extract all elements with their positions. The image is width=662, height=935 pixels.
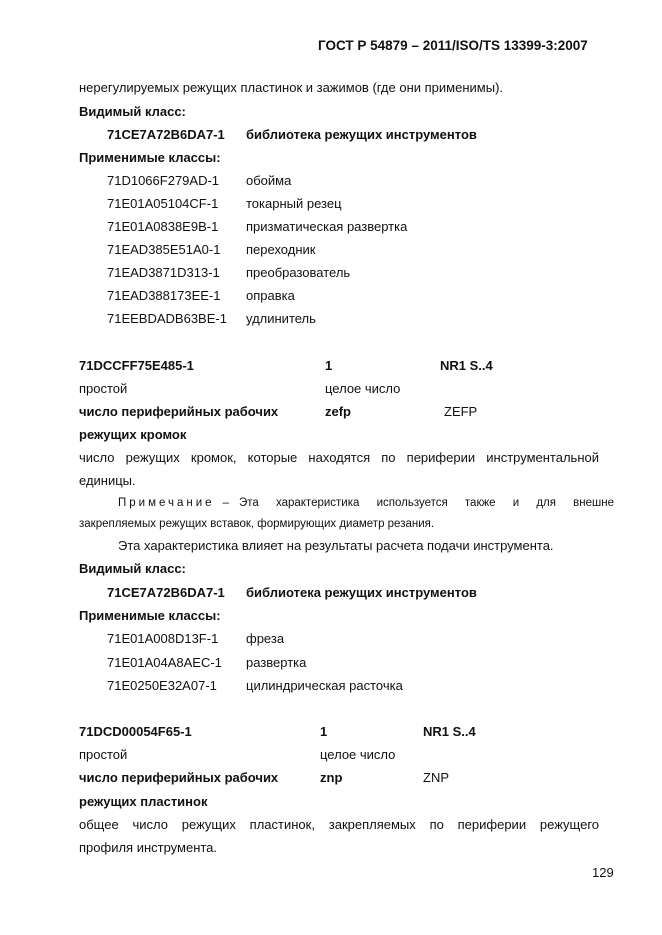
- note-line1: Примечание – Эта характеристика использу…: [118, 495, 614, 511]
- property-remark: Эта характеристика влияет на результаты …: [118, 538, 554, 554]
- document-header: ГОСТ Р 54879 – 2011/ISO/TS 13399-3:2007: [318, 38, 588, 54]
- applicable-class-code: 71EEBDADB63BE-1: [107, 311, 227, 327]
- property-name-line2: режущих кромок: [79, 427, 186, 443]
- visible-class-label: Видимый класс:: [79, 104, 186, 120]
- applicable-class-name: обойма: [246, 173, 291, 189]
- property-code: 71DCCFF75E485-1: [79, 358, 194, 374]
- property-format: NR1 S..4: [440, 358, 493, 374]
- property-data-type: целое число: [325, 381, 400, 397]
- applicable-class-name: фреза: [246, 631, 284, 647]
- property-name-line1: число периферийных рабочих: [79, 404, 278, 420]
- visible-class-code: 71CE7A72B6DA7-1: [107, 127, 225, 143]
- applicable-class-code: 71E0250E32A07-1: [107, 678, 217, 694]
- property2-definition-line1: общее число режущих пластинок, закрепляе…: [79, 817, 599, 833]
- property2-type: простой: [79, 747, 127, 763]
- applicable-class-code: 71E01A0838E9B-1: [107, 219, 218, 235]
- property2-name-line2: режущих пластинок: [79, 794, 207, 810]
- note-label: Примечание: [118, 495, 215, 511]
- property2-format: NR1 S..4: [423, 724, 476, 740]
- property2-definition-line2: профиля инструмента.: [79, 840, 217, 856]
- property2-code: 71DCD00054F65-1: [79, 724, 192, 740]
- intro-line: нерегулируемых режущих пластинок и зажим…: [79, 80, 503, 96]
- note-dash: –: [223, 495, 229, 511]
- applicable-class-code: 71D1066F279AD-1: [107, 173, 219, 189]
- applicable-class-code: 71E01A008D13F-1: [107, 631, 218, 647]
- applicable-class-name: цилиндрическая расточка: [246, 678, 403, 694]
- applicable-class-name: переходник: [246, 242, 315, 258]
- applicable-class-code: 71E01A04A8AEC-1: [107, 655, 222, 671]
- note-line2: закрепляемых режущих вставок, формирующи…: [79, 516, 434, 532]
- visible-class-code-2: 71CE7A72B6DA7-1: [107, 585, 225, 601]
- property-version: 1: [325, 358, 332, 374]
- applicable-classes-label: Применимые классы:: [79, 150, 221, 166]
- applicable-class-name: токарный резец: [246, 196, 342, 212]
- property-type: простой: [79, 381, 127, 397]
- applicable-class-code: 71E01A05104CF-1: [107, 196, 218, 212]
- property2-version: 1: [320, 724, 327, 740]
- visible-class-name: библиотека режущих инструментов: [246, 127, 477, 143]
- property2-symbol: znp: [320, 770, 342, 786]
- page-number: 129: [592, 865, 614, 881]
- property2-short-name: ZNP: [423, 770, 449, 786]
- applicable-class-code: 71EAD3871D313-1: [107, 265, 220, 281]
- applicable-class-code: 71EAD385E51A0-1: [107, 242, 220, 258]
- applicable-class-name: оправка: [246, 288, 295, 304]
- property2-name-line1: число периферийных рабочих: [79, 770, 278, 786]
- property-definition-line1: число режущих кромок, которые находятся …: [79, 450, 599, 466]
- property-symbol: zefp: [325, 404, 351, 420]
- applicable-class-name: развертка: [246, 655, 306, 671]
- applicable-class-name: удлинитель: [246, 311, 316, 327]
- applicable-classes-label-2: Применимые классы:: [79, 608, 221, 624]
- visible-class-name-2: библиотека режущих инструментов: [246, 585, 477, 601]
- property-definition-line2: единицы.: [79, 473, 136, 489]
- property-short-name: ZEFP: [444, 404, 477, 420]
- visible-class-label-2: Видимый класс:: [79, 561, 186, 577]
- property2-data-type: целое число: [320, 747, 395, 763]
- note-text-line1: Эта характеристика используется также и …: [239, 495, 614, 511]
- applicable-class-name: призматическая развертка: [246, 219, 407, 235]
- applicable-class-code: 71EAD388173EE-1: [107, 288, 220, 304]
- applicable-class-name: преобразователь: [246, 265, 350, 281]
